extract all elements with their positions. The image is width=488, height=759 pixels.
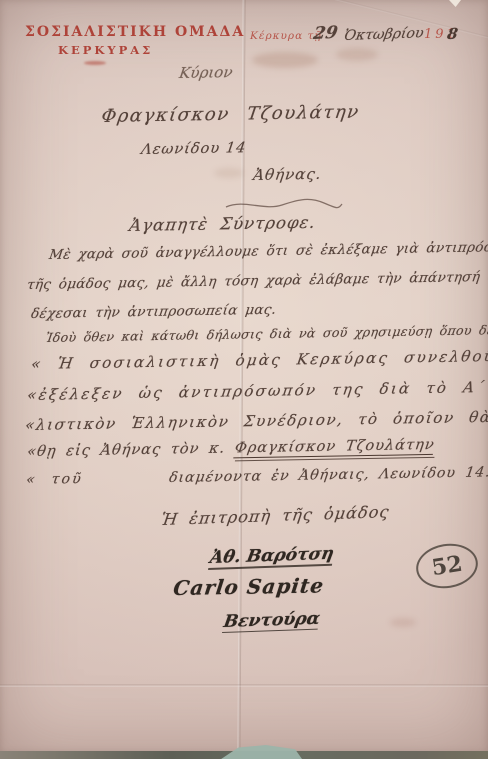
declaration-line: «λιστικὸν Ἑλληνικὸν Συνέδριον, τὸ ὁποῖον… — [24, 407, 488, 434]
signature-3: Βεντούρα — [222, 609, 321, 633]
paper-sheet: ΣΟΣΙΑΛΙΣΤΙΚΗ ΟΜΑΔΑ ΚΕΡΚΥΡΑΣ Κέρκυρα τῇ 2… — [0, 0, 488, 753]
body-line: Ἰδοὺ ὅθεν καὶ κάτωθι δήλωσις διὰ νὰ σοῦ … — [45, 322, 488, 345]
ink-stain — [214, 168, 244, 178]
signature-2: Carlo Sapite — [172, 573, 326, 600]
signature-1: Ἀθ. Βαρότση — [208, 544, 336, 570]
residence-line: διαμένοντα ἐν Ἀθήναις, Λεωνίδου 14.» — [168, 464, 488, 486]
date-printed-prefix: Κέρκυρα τῇ — [250, 30, 322, 42]
recipient-city: Ἀθήνας. — [252, 165, 323, 184]
recipient-name: Φραγκίσκον Τζουλάτην — [100, 102, 361, 127]
delegate-line-prefix: «θῃ εἰς Ἀθήνας τὸν κ. — [26, 440, 236, 460]
declaration-line: « Ἡ σοσιαλιστικὴ ὁμὰς Κερκύρας συνελθοῦσ… — [30, 346, 488, 373]
greeting-line: Ἀγαπητὲ Σύντροφε. — [128, 213, 317, 235]
date-day-handwritten: 29 — [312, 23, 339, 44]
committee-line: Ἡ ἐπιτροπὴ τῆς ὁμάδος — [160, 502, 391, 529]
archival-number: 52 — [430, 551, 464, 581]
letterhead-ornament — [84, 61, 106, 65]
ink-stain — [390, 618, 416, 627]
letterhead-subtitle: ΚΕΡΚΥΡΑΣ — [58, 43, 153, 57]
recipient-street: Λεωνίδου 14 — [140, 140, 247, 158]
declaration-line: «ἐξέλεξεν ὡς ἀντιπρόσωπόν της διὰ τὸ Α΄ … — [26, 377, 488, 404]
delegate-name-underlined: Φραγκίσκον Τζουλάτην — [233, 437, 435, 458]
date-month-handwritten: Ὀκτωβρίου — [343, 25, 425, 44]
body-line: Μὲ χαρὰ σοῦ ἀναγγέλλουμε ὅτι σὲ ἐκλέξαμε… — [48, 239, 488, 263]
delegate-line: «θῃ εἰς Ἀθήνας τὸν κ. Φραγκίσκον Τζουλάτ… — [26, 437, 436, 460]
horizontal-fold-crease — [0, 684, 488, 687]
body-line: τῆς ὁμάδος μας, μὲ ἄλλη τόση χαρὰ ἐλάβαμ… — [26, 268, 488, 293]
letter-photograph: ΣΟΣΙΑΛΙΣΤΙΚΗ ΟΜΑΔΑ ΚΕΡΚΥΡΑΣ Κέρκυρα τῇ 2… — [0, 0, 488, 759]
paper-edge-notch — [449, 0, 461, 7]
archival-number-stamp: 52 — [413, 539, 481, 592]
ink-stain — [252, 52, 318, 68]
recipient-salutation: Κύριον — [178, 63, 234, 82]
residence-open-quote: « τοῦ — [25, 471, 84, 488]
letterhead-title: ΣΟΣΙΑΛΙΣΤΙΚΗ ΟΜΑΔΑ — [25, 24, 245, 40]
ink-stain — [336, 48, 378, 61]
